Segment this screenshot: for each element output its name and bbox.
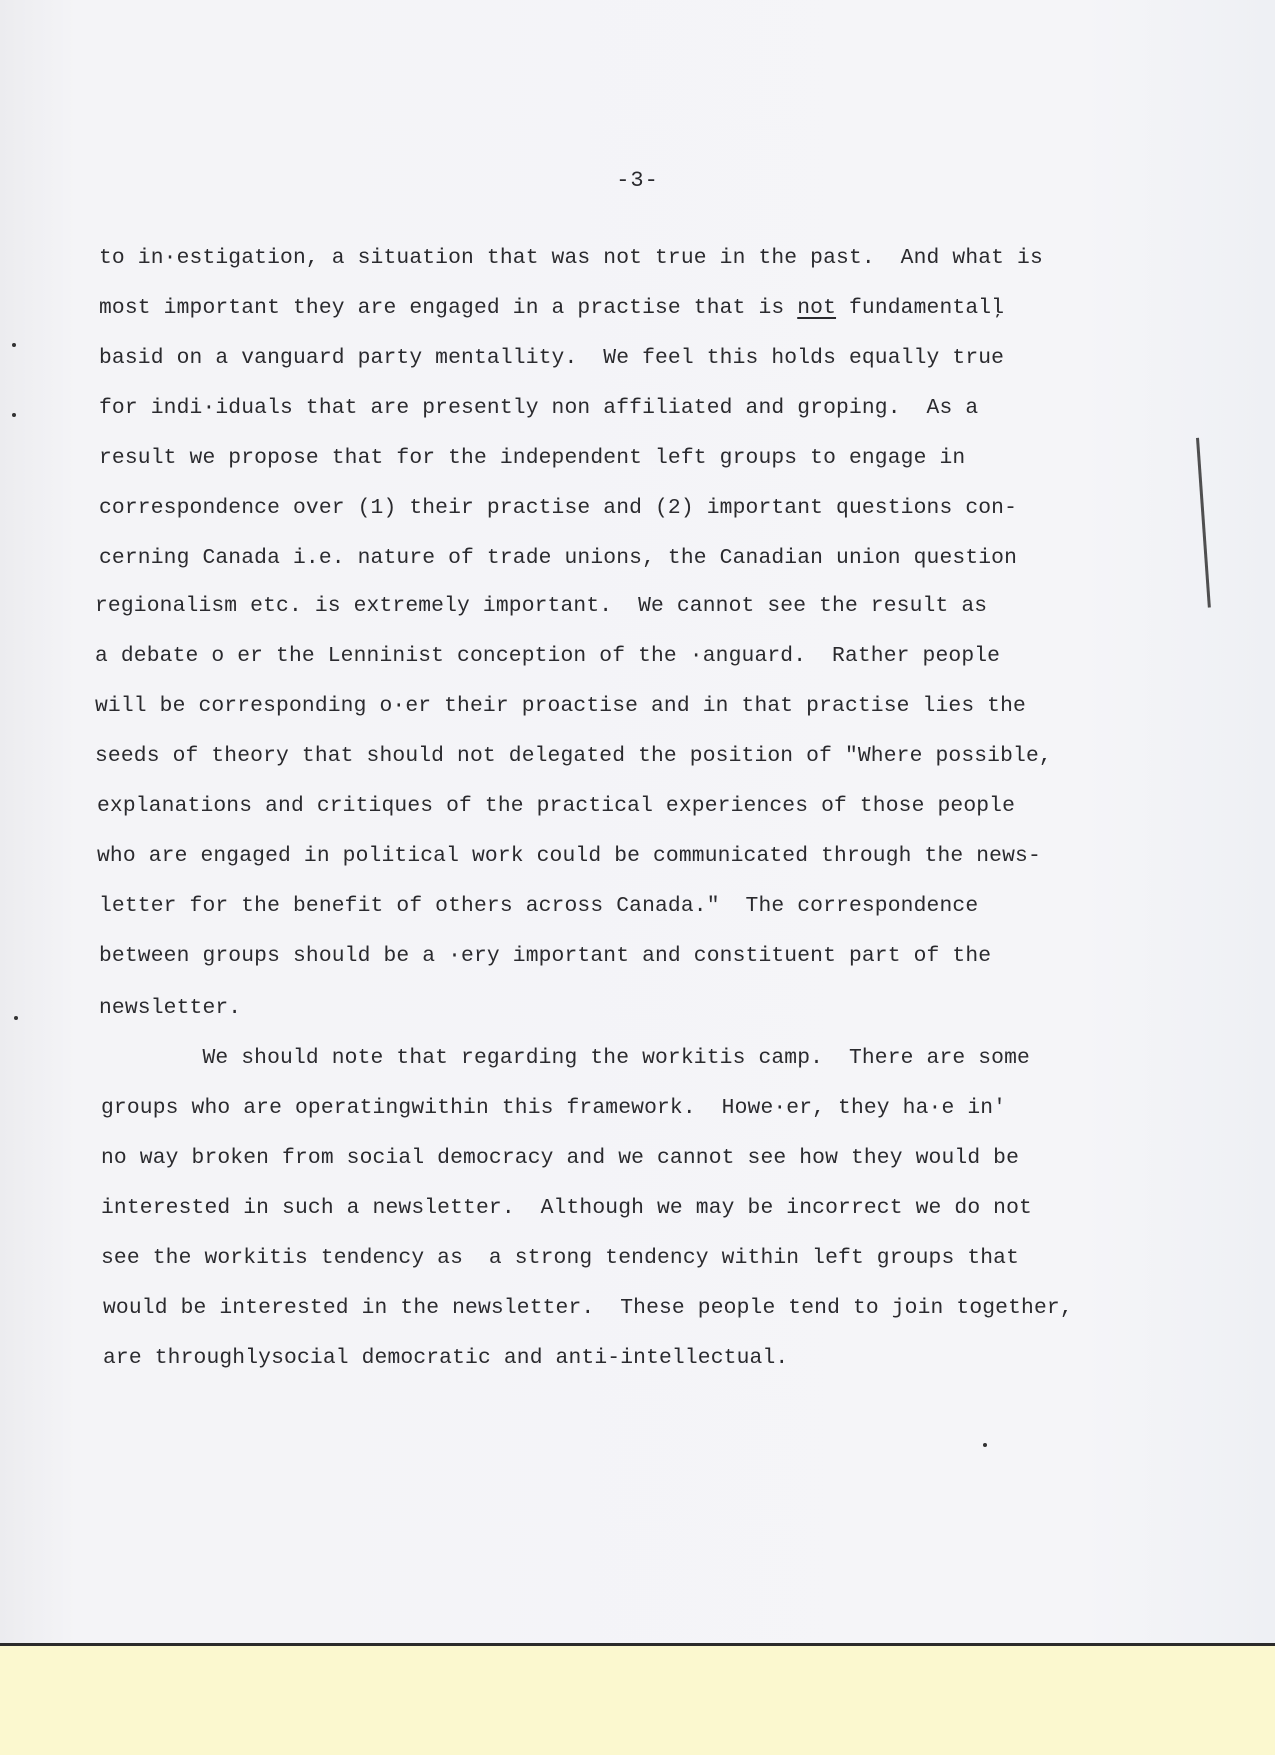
- text-line: to in·estigation, a situation that was n…: [99, 246, 1043, 270]
- text-line: would be interested in the newsletter. T…: [103, 1296, 1073, 1320]
- underlined-word: not: [797, 296, 836, 320]
- text-line: see the workitis tendency as a strong te…: [101, 1246, 1019, 1270]
- text-line: a debate o er the Lenninist conception o…: [95, 644, 1000, 668]
- handwritten-margin-line: [1196, 438, 1211, 608]
- margin-speck: [12, 343, 16, 347]
- text-line: explanations and critiques of the practi…: [97, 794, 1015, 818]
- text-line: most important they are engaged in a pra…: [99, 296, 1004, 320]
- text-line: seeds of theory that should not delegate…: [95, 744, 1052, 768]
- text-line: We should note that regarding the workit…: [99, 1046, 1030, 1070]
- margin-speck: [983, 1443, 987, 1447]
- margin-speck: [12, 413, 16, 417]
- text-line: newsletter.: [99, 996, 241, 1020]
- text-line: for indi·iduals that are presently non a…: [99, 396, 978, 420]
- text-line: will be corresponding o·er their proacti…: [95, 694, 1026, 718]
- text-line: correspondence over (1) their practise a…: [99, 496, 1017, 520]
- text-line: who are engaged in political work could …: [97, 844, 1041, 868]
- text-line: cerning Canada i.e. nature of trade unio…: [99, 546, 1017, 570]
- scanner-backing-strip: [0, 1643, 1275, 1755]
- text-line: result we propose that for the independe…: [99, 446, 965, 470]
- text-line: letter for the benefit of others across …: [99, 894, 978, 918]
- margin-speck: [14, 1016, 18, 1020]
- document-page: -3- to in·estigation, a situation that w…: [0, 0, 1275, 1643]
- text-line: basid on a vanguard party mentallity. We…: [99, 346, 1004, 370]
- text-line: no way broken from social democracy and …: [101, 1146, 1019, 1170]
- text-line: are throughlysocial democratic and anti-…: [103, 1346, 788, 1370]
- text-line: interested in such a newsletter. Althoug…: [101, 1196, 1032, 1220]
- page-number: -3-: [0, 168, 1275, 193]
- text-line: groups who are operatingwithin this fram…: [101, 1096, 1006, 1120]
- text-line: regionalism etc. is extremely important.…: [95, 594, 987, 618]
- text-line: between groups should be a ·ery importan…: [99, 944, 991, 968]
